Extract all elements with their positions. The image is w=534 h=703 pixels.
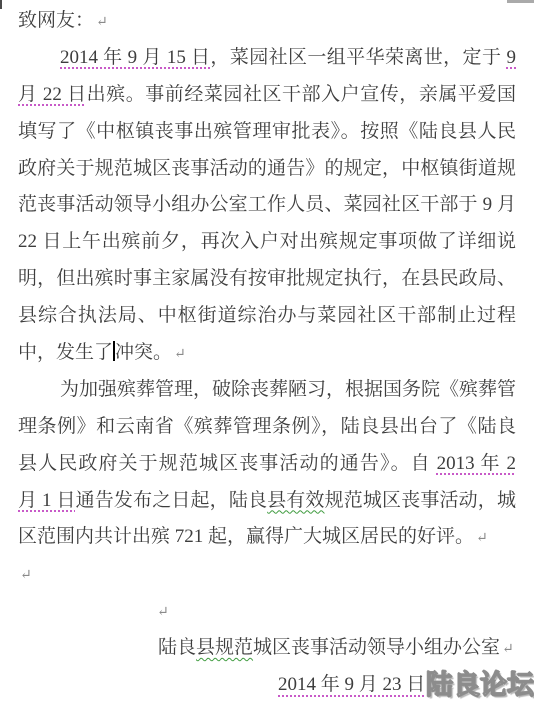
text-line: 政府关于规范城区丧事活动的通告》的规定，中枢镇街道规 <box>18 151 516 188</box>
text-line: ↵ <box>18 556 516 593</box>
text-line: 为加强殡葬管理，破除丧葬陋习，根据国务院《殡葬管 <box>60 372 516 409</box>
paragraph-mark-icon: ↵ <box>502 642 514 657</box>
underlined-text: 月 1 日 <box>18 490 76 511</box>
text-segment: 冲突。 <box>115 342 172 363</box>
paragraph-mark-icon: ↵ <box>476 531 488 546</box>
text-segment: 城区丧事活动领导小组办公室 <box>253 637 500 658</box>
text-segment: 理条例》和云南省《殡葬管理条例》，陆良县出台了《陆良 <box>18 416 516 437</box>
text-segment: 县人民政府关于规范城区丧事活动的通告》。自 <box>18 453 437 474</box>
text-line: 2014 年 9 月 23 日 <box>278 667 516 703</box>
paragraph-mark-icon: ↵ <box>174 347 186 362</box>
text-segment: ，菜园社区一组平华荣离世，定于 <box>210 47 506 68</box>
text-line: 区范围内共计出殡 721 起，赢得广大城区居民的好评。↵ <box>18 519 516 556</box>
text-segment: 为加强殡葬管理，破除丧葬陋习，根据国务院《殡葬管 <box>60 379 516 400</box>
text-line: 县综合执法局、中枢街道综治办与菜园社区干部制止过程 <box>18 298 516 335</box>
text-line: 明，但出殡时事主家属没有按审批规定执行，在县民政局、 <box>18 261 516 298</box>
text-segment: 规范城区丧事活动，城 <box>325 490 516 511</box>
underlined-text: 县规范 <box>196 637 253 658</box>
underlined-text: 县有效 <box>267 490 324 511</box>
text-line: 范丧事活动领导小组办公室工作人员、菜园社区干部于 9 月 <box>18 187 516 224</box>
underlined-text: 月 22 日 <box>18 84 87 105</box>
document-page: 致网友：↵2014 年 9 月 15 日，菜园社区一组平华荣离世，定于 9月 2… <box>0 0 534 703</box>
text-segment: 范丧事活动领导小组办公室工作人员、菜园社区干部于 9 月 <box>18 194 516 215</box>
text-line: 县人民政府关于规范城区丧事活动的通告》。自 2013 年 2 <box>18 446 516 483</box>
text-segment: 区范围内共计出殡 721 起，赢得广大城区居民的好评。 <box>18 526 474 547</box>
paragraph-mark-icon: ↵ <box>20 568 32 583</box>
text-line: 致网友：↵ <box>18 3 516 40</box>
text-segment: 明，但出殡时事主家属没有按审批规定执行，在县民政局、 <box>18 268 516 289</box>
text-line: 22 日上午出殡前夕，再次入户对出殡规定事项做了详细说 <box>18 224 516 261</box>
text-line: 中，发生了冲突。↵ <box>18 335 516 372</box>
crop-mark-top-left <box>0 0 2 9</box>
text-segment: 政府关于规范城区丧事活动的通告》的规定，中枢镇街道规 <box>18 158 516 179</box>
underlined-text: 9 <box>507 47 517 68</box>
text-segment: 22 日上午出殡前夕，再次入户对出殡规定事项做了详细说 <box>18 231 516 252</box>
text-line: 月 1 日通告发布之日起，陆良县有效规范城区丧事活动，城 <box>18 483 516 520</box>
underlined-text: 2014 年 9 月 23 日 <box>278 674 425 695</box>
text-segment: 县综合执法局、中枢街道综治办与菜园社区干部制止过程 <box>18 305 516 326</box>
text-line: 理条例》和云南省《殡葬管理条例》，陆良县出台了《陆良 <box>18 409 516 446</box>
text-line: 陆良县规范城区丧事活动领导小组办公室↵ <box>158 630 516 667</box>
underlined-text: 2014 年 9 月 15 日 <box>60 47 210 68</box>
text-segment: 出殡。事前经菜园社区干部入户宣传，亲属平爱国 <box>87 84 516 105</box>
text-line: ↵ <box>155 593 516 630</box>
text-segment: 填写了《中枢镇丧事出殡管理审批表》。按照《陆良县人民 <box>18 121 516 142</box>
text-segment: 陆良 <box>158 637 196 658</box>
paragraph-mark-icon: ↵ <box>96 15 108 30</box>
text-line: 月 22 日出殡。事前经菜园社区干部入户宣传，亲属平爱国 <box>18 77 516 114</box>
text-line: 填写了《中枢镇丧事出殡管理审批表》。按照《陆良县人民 <box>18 114 516 151</box>
underlined-text: 2013 年 2 <box>437 453 516 474</box>
text-segment: 中，发生了 <box>18 342 113 363</box>
document-body[interactable]: 致网友：↵2014 年 9 月 15 日，菜园社区一组平华荣离世，定于 9月 2… <box>18 3 516 703</box>
paragraph-mark-icon: ↵ <box>157 605 169 620</box>
text-line: 2014 年 9 月 15 日，菜园社区一组平华荣离世，定于 9 <box>60 40 516 77</box>
text-segment: 致网友： <box>18 10 94 31</box>
text-segment: 通告发布之日起，陆良 <box>76 490 268 511</box>
